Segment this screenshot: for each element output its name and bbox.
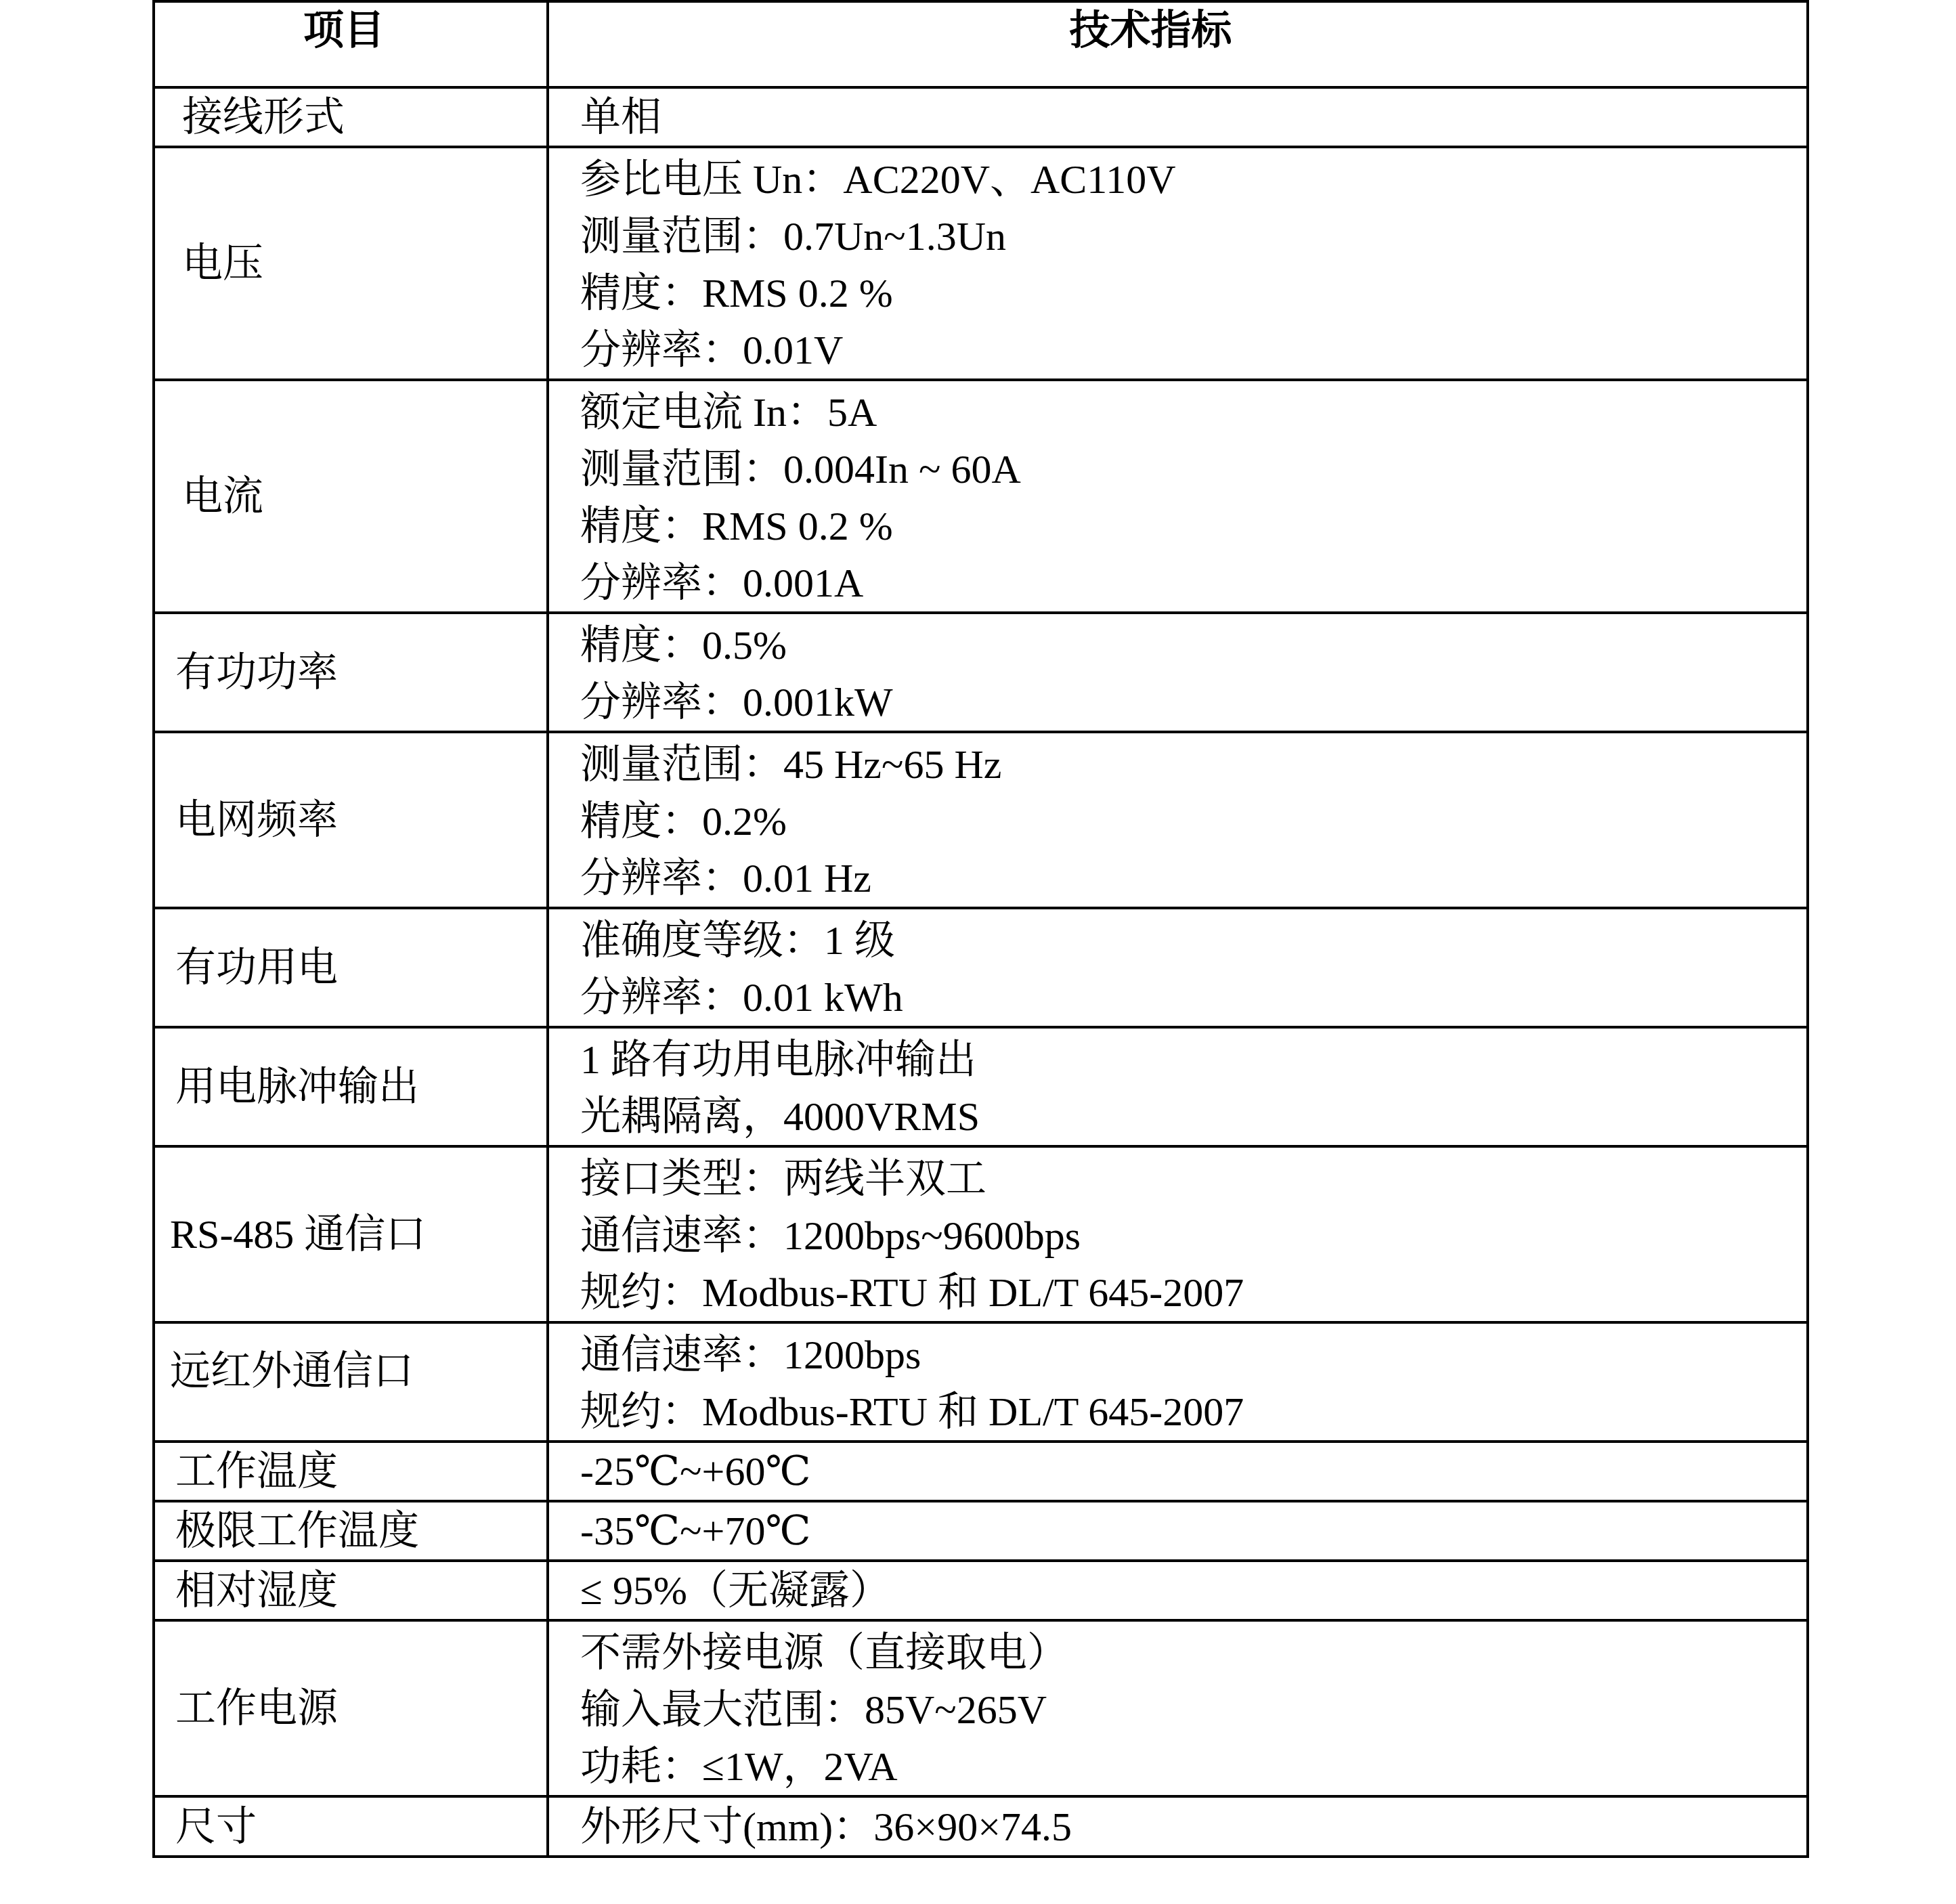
table-row: 远红外通信口 通信速率：1200bps 规约：Modbus-RTU 和 DL/T… — [154, 1322, 1808, 1442]
spec-line: 单相 — [580, 89, 1806, 146]
spec-line: 光耦隔离，4000VRMS — [580, 1088, 1806, 1145]
spec-line: 测量范围：45 Hz~65 Hz — [580, 736, 1806, 793]
row-item-label: 尺寸 — [154, 1796, 548, 1857]
row-item-label: RS-485 通信口 — [154, 1146, 548, 1322]
spec-line: 输入最大范围：85V~265V — [580, 1681, 1806, 1738]
table-row: 有功功率 精度：0.5% 分辨率：0.001kW — [154, 613, 1808, 732]
spec-line: 分辨率：0.001A — [580, 555, 1806, 611]
spec-line: 分辨率：0.01V — [580, 322, 1806, 378]
table-row: 工作温度 -25℃~+60℃ — [154, 1442, 1808, 1501]
table-row: 有功用电 准确度等级：1 级 分辨率：0.01 kWh — [154, 908, 1808, 1027]
row-item-label: 有功功率 — [154, 613, 548, 732]
row-spec: 通信速率：1200bps 规约：Modbus-RTU 和 DL/T 645-20… — [548, 1322, 1808, 1442]
row-spec: -25℃~+60℃ — [548, 1442, 1808, 1501]
row-item-label: 相对湿度 — [154, 1561, 548, 1620]
row-item-label: 极限工作温度 — [154, 1501, 548, 1561]
row-spec: 接口类型：两线半双工 通信速率：1200bps~9600bps 规约：Modbu… — [548, 1146, 1808, 1322]
row-spec: 外形尺寸(mm)：36×90×74.5 — [548, 1796, 1808, 1857]
table-row: 电流 额定电流 In：5A 测量范围：0.004In ~ 60A 精度：RMS … — [154, 380, 1808, 613]
row-item-label: 工作电源 — [154, 1620, 548, 1796]
table-row: RS-485 通信口 接口类型：两线半双工 通信速率：1200bps~9600b… — [154, 1146, 1808, 1322]
table-row: 电压 参比电压 Un：AC220V、AC110V 测量范围：0.7Un~1.3U… — [154, 147, 1808, 380]
spec-line: -25℃~+60℃ — [580, 1443, 1806, 1500]
spec-line: 分辨率：0.001kW — [580, 674, 1806, 731]
row-spec: ≤ 95%（无凝露） — [548, 1561, 1808, 1620]
spec-line: 准确度等级：1 级 — [580, 912, 1806, 969]
row-item-label: 工作温度 — [154, 1442, 548, 1501]
spec-line: 外形尺寸(mm)：36×90×74.5 — [580, 1798, 1806, 1855]
row-spec: 单相 — [548, 87, 1808, 147]
spec-line: 测量范围：0.004In ~ 60A — [580, 441, 1806, 498]
row-item-label: 有功用电 — [154, 908, 548, 1027]
spec-line: 分辨率：0.01 kWh — [580, 969, 1806, 1026]
row-spec: 参比电压 Un：AC220V、AC110V 测量范围：0.7Un~1.3Un 精… — [548, 147, 1808, 380]
spec-line: 测量范围：0.7Un~1.3Un — [580, 208, 1806, 265]
row-item-label: 电压 — [154, 147, 548, 380]
spec-line: 规约：Modbus-RTU 和 DL/T 645-2007 — [580, 1264, 1806, 1321]
spec-line: 精度：RMS 0.2 % — [580, 498, 1806, 555]
row-item-label: 接线形式 — [154, 87, 548, 147]
spec-line: 通信速率：1200bps~9600bps — [580, 1207, 1806, 1264]
row-spec: -35℃~+70℃ — [548, 1501, 1808, 1561]
spec-line: 通信速率：1200bps — [580, 1326, 1806, 1383]
table-row: 尺寸 外形尺寸(mm)：36×90×74.5 — [154, 1796, 1808, 1857]
header-spec: 技术指标 — [548, 1, 1808, 87]
row-item-label: 远红外通信口 — [154, 1322, 548, 1442]
spec-line: 精度：0.2% — [580, 793, 1806, 850]
spec-line: 分辨率：0.01 Hz — [580, 850, 1806, 907]
row-item-label: 电网频率 — [154, 732, 548, 908]
spec-table: 项目 技术指标 接线形式 单相 电压 参比电压 Un：AC220V、AC110V… — [152, 0, 1809, 1858]
table-header-row: 项目 技术指标 — [154, 1, 1808, 87]
spec-line: -35℃~+70℃ — [580, 1502, 1806, 1559]
spec-line: ≤ 95%（无凝露） — [580, 1562, 1806, 1619]
table-row: 电网频率 测量范围：45 Hz~65 Hz 精度：0.2% 分辨率：0.01 H… — [154, 732, 1808, 908]
header-item: 项目 — [154, 1, 548, 87]
spec-line: 规约：Modbus-RTU 和 DL/T 645-2007 — [580, 1383, 1806, 1440]
row-item-label: 电流 — [154, 380, 548, 613]
row-spec: 准确度等级：1 级 分辨率：0.01 kWh — [548, 908, 1808, 1027]
spec-line: 1 路有功用电脉冲输出 — [580, 1031, 1806, 1088]
row-item-label: 用电脉冲输出 — [154, 1027, 548, 1146]
row-spec: 额定电流 In：5A 测量范围：0.004In ~ 60A 精度：RMS 0.2… — [548, 380, 1808, 613]
spec-line: 参比电压 Un：AC220V、AC110V — [580, 151, 1806, 208]
table-row: 用电脉冲输出 1 路有功用电脉冲输出 光耦隔离，4000VRMS — [154, 1027, 1808, 1146]
row-spec: 1 路有功用电脉冲输出 光耦隔离，4000VRMS — [548, 1027, 1808, 1146]
table-row: 相对湿度 ≤ 95%（无凝露） — [154, 1561, 1808, 1620]
spec-line: 功耗：≤1W，2VA — [580, 1738, 1806, 1795]
spec-line: 不需外接电源（直接取电） — [580, 1624, 1806, 1681]
spec-line: 精度：RMS 0.2 % — [580, 265, 1806, 322]
row-spec: 精度：0.5% 分辨率：0.001kW — [548, 613, 1808, 732]
row-spec: 不需外接电源（直接取电） 输入最大范围：85V~265V 功耗：≤1W，2VA — [548, 1620, 1808, 1796]
spec-line: 接口类型：两线半双工 — [580, 1150, 1806, 1207]
spec-line: 精度：0.5% — [580, 617, 1806, 674]
table-row: 工作电源 不需外接电源（直接取电） 输入最大范围：85V~265V 功耗：≤1W… — [154, 1620, 1808, 1796]
table-row: 极限工作温度 -35℃~+70℃ — [154, 1501, 1808, 1561]
spec-line: 额定电流 In：5A — [580, 384, 1806, 441]
row-spec: 测量范围：45 Hz~65 Hz 精度：0.2% 分辨率：0.01 Hz — [548, 732, 1808, 908]
table-row: 接线形式 单相 — [154, 87, 1808, 147]
